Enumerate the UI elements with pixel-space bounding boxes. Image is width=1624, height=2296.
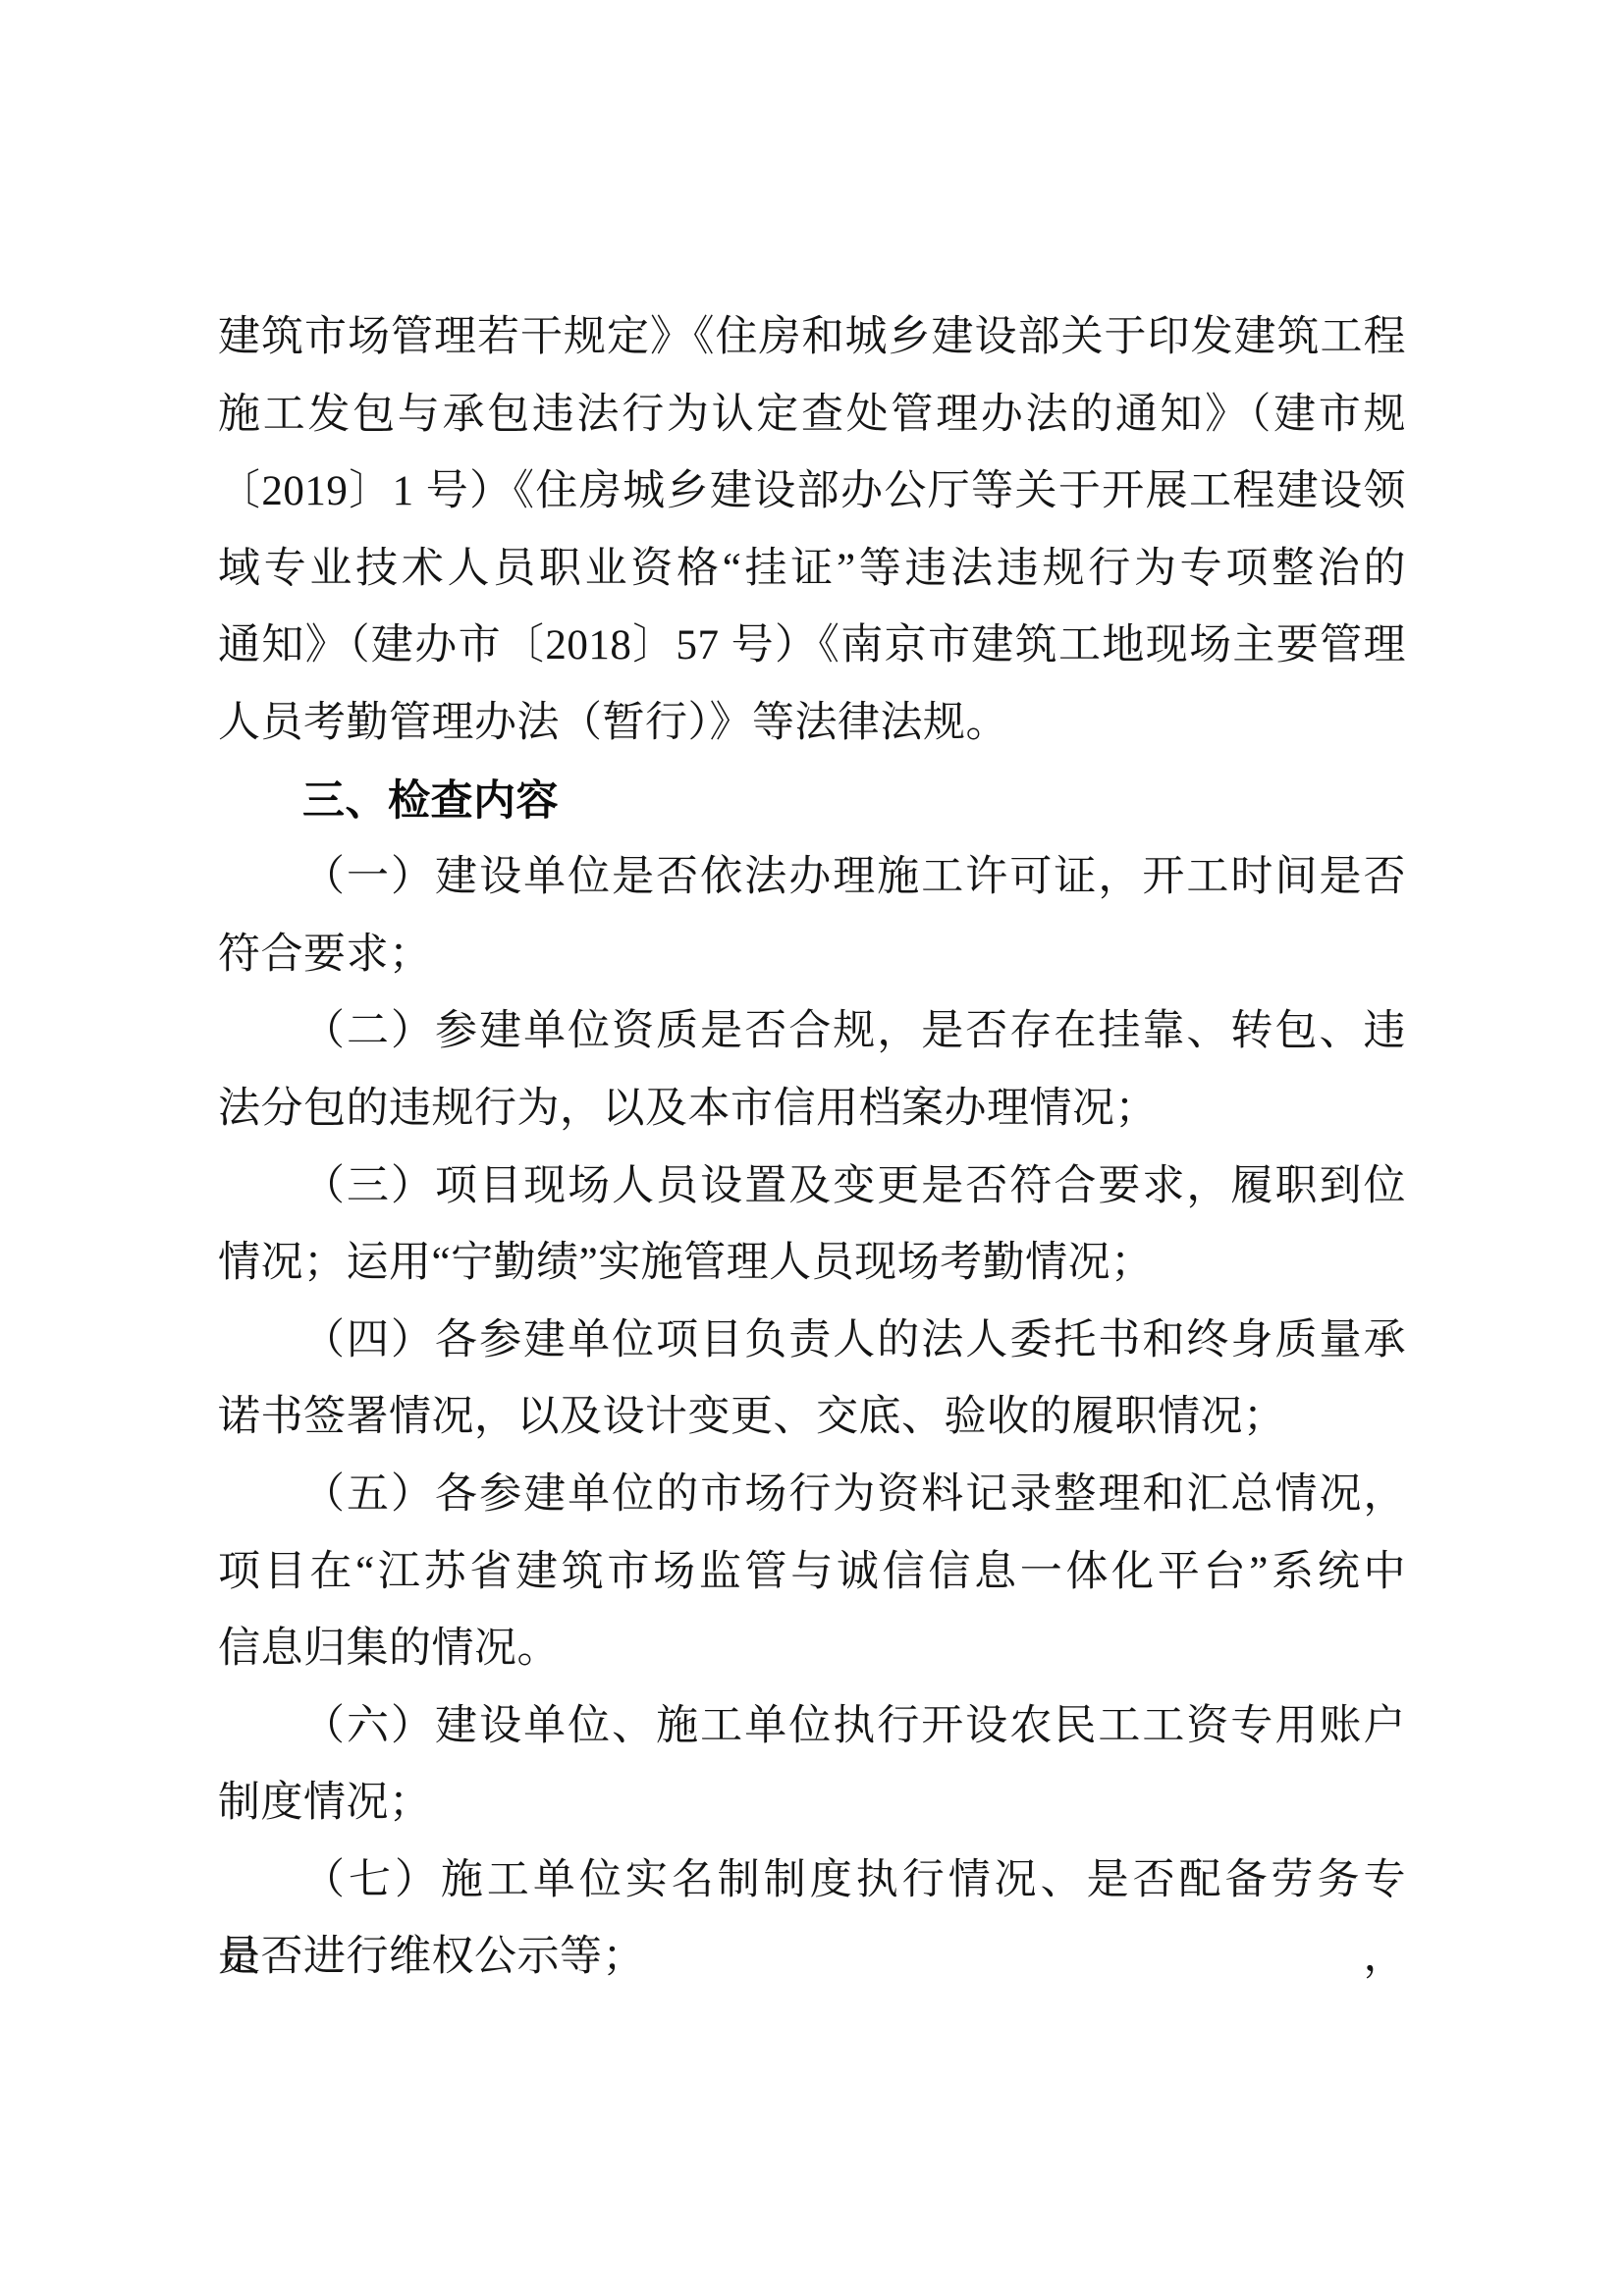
paragraph-line: 通知》（建办市〔2018〕57 号）《南京市建筑工地现场主要管理: [218, 608, 1406, 685]
list-item-line: 诺书签署情况，以及设计变更、交底、验收的履职情况；: [218, 1379, 1406, 1457]
list-item-line: （七）施工单位实名制制度执行情况、是否配备劳务专员，: [218, 1842, 1406, 1920]
document-text-block: 建筑市场管理若干规定》《住房和城乡建设部关于印发建筑工程 施工发包与承包违法行为…: [218, 299, 1406, 1997]
list-item-line: （四）各参建单位项目负责人的法人委托书和终身质量承: [218, 1303, 1406, 1380]
list-item-line: 信息归集的情况。: [218, 1611, 1406, 1688]
list-item-line: 符合要求；: [218, 917, 1406, 994]
list-item-line: 法分包的违规行为，以及本市信用档案办理情况；: [218, 1071, 1406, 1148]
paragraph-line: 〔2019〕1 号）《住房城乡建设部办公厅等关于开展工程建设领: [218, 454, 1406, 531]
list-item-line: （六）建设单位、施工单位执行开设农民工工资专用账户: [218, 1688, 1406, 1766]
list-item-line: （二）参建单位资质是否合规，是否存在挂靠、转包、违: [218, 993, 1406, 1071]
paragraph-line: 施工发包与承包违法行为认定查处管理办法的通知》（建市规: [218, 377, 1406, 454]
paragraph-line: 人员考勤管理办法（暂行）》等法律法规。: [218, 685, 1406, 763]
paragraph-line: 建筑市场管理若干规定》《住房和城乡建设部关于印发建筑工程: [218, 299, 1406, 377]
list-item-line: （五）各参建单位的市场行为资料记录整理和汇总情况，: [218, 1457, 1406, 1534]
document-page: 建筑市场管理若干规定》《住房和城乡建设部关于印发建筑工程 施工发包与承包违法行为…: [0, 0, 1624, 2296]
list-item-line: 项目在“江苏省建筑市场监管与诚信信息一体化平台”系统中: [218, 1534, 1406, 1612]
list-item-line: （三）项目现场人员设置及变更是否符合要求，履职到位: [218, 1148, 1406, 1226]
list-item-line: 制度情况；: [218, 1765, 1406, 1842]
list-item-line: （一）建设单位是否依法办理施工许可证，开工时间是否: [218, 839, 1406, 917]
list-item-line: 情况；运用“宁勤绩”实施管理人员现场考勤情况；: [218, 1225, 1406, 1303]
paragraph-line: 域专业技术人员职业资格“挂证”等违法违规行为专项整治的: [218, 531, 1406, 609]
section-heading: 三、检查内容: [218, 763, 1406, 840]
